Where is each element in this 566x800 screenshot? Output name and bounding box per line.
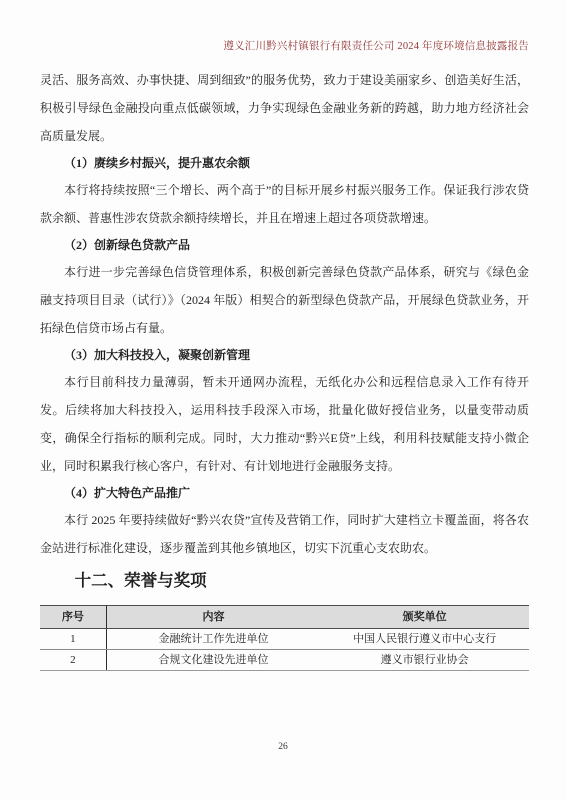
document-body: 灵活、服务高效、办事快捷、周到细致”的服务优势，致力于建设美丽家乡、创造美好生活… (40, 66, 529, 671)
table-cell-issuer: 遵义市银行业协会 (320, 650, 529, 671)
paragraph-intro: 灵活、服务高效、办事快捷、周到细致”的服务优势，致力于建设美丽家乡、创造美好生活… (40, 66, 529, 150)
table-cell-index: 2 (40, 650, 106, 671)
table-cell-content: 金融统计工作先进单位 (106, 629, 320, 650)
subsection-heading-3: （3）加大科技投入，凝聚创新管理 (40, 342, 529, 368)
awards-table: 序号 内容 颁奖单位 1 金融统计工作先进单位 中国人民银行遵义市中心支行 2 … (40, 605, 529, 671)
document-header-title: 遵义汇川黔兴村镇银行有限责任公司 2024 年度环境信息披露报告 (40, 38, 529, 53)
table-cell-content: 合规文化建设先进单位 (106, 650, 320, 671)
paragraph-product-promotion: 本行 2025 年要持续做好“黔兴农贷”宣传及营销工作，同时扩大建档立卡覆盖面，… (40, 506, 529, 562)
table-row: 2 合规文化建设先进单位 遵义市银行业协会 (40, 650, 529, 671)
awards-table-header-row: 序号 内容 颁奖单位 (40, 606, 529, 629)
table-header-issuer: 颁奖单位 (320, 606, 529, 629)
paragraph-green-loan-products: 本行进一步完善绿色信贷管理体系，积极创新完善绿色贷款产品体系，研究与《绿色金融支… (40, 258, 529, 342)
table-header-index: 序号 (40, 606, 106, 629)
table-cell-issuer: 中国人民银行遵义市中心支行 (320, 629, 529, 650)
subsection-heading-4: （4）扩大特色产品推广 (40, 480, 529, 506)
page-number: 26 (0, 742, 566, 752)
table-header-content: 内容 (106, 606, 320, 629)
section-title-honors-awards: 十二、荣誉与奖项 (40, 566, 529, 596)
paragraph-technology-investment: 本行目前科技力量薄弱，暂未开通网办流程，无纸化办公和远程信息录入工作有待开发。后… (40, 368, 529, 480)
subsection-heading-1: （1）赓续乡村振兴，提升惠农余额 (40, 150, 529, 176)
document-page: 遵义汇川黔兴村镇银行有限责任公司 2024 年度环境信息披露报告 灵活、服务高效… (0, 0, 566, 800)
subsection-heading-2: （2）创新绿色贷款产品 (40, 232, 529, 258)
paragraph-rural-revitalization: 本行将持续按照“三个增长、两个高于”的目标开展乡村振兴服务工作。保证我行涉农贷款… (40, 176, 529, 232)
table-cell-index: 1 (40, 629, 106, 650)
table-row: 1 金融统计工作先进单位 中国人民银行遵义市中心支行 (40, 629, 529, 650)
